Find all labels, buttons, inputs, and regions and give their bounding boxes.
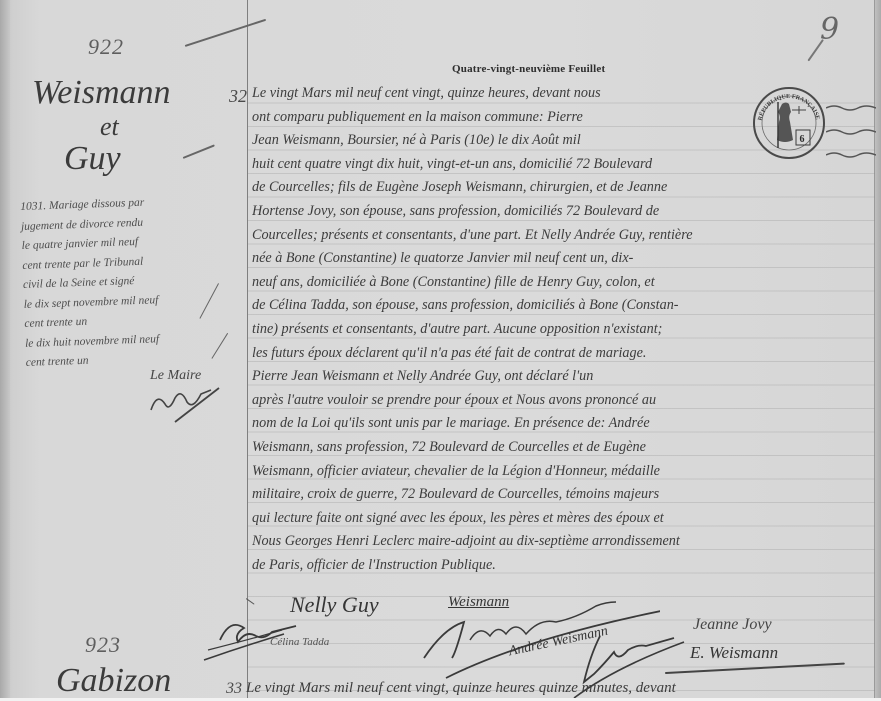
margin-divorce-note: 1031. Mariage dissous par jugement de di… — [20, 190, 251, 373]
entry-number: 922 — [88, 34, 124, 60]
text-line: née à Bone (Constantine) le quatorze Jan… — [252, 247, 852, 271]
text-line: de Courcelles; fils de Eugène Joseph Wei… — [252, 176, 852, 200]
text-line: tine) présents et consentants, d'autre p… — [252, 318, 852, 342]
page-binding-edge — [0, 0, 10, 701]
margin-dash — [185, 19, 266, 47]
corner-mark-stroke — [807, 39, 823, 61]
text-line: qui lecture faite ont signé avec les épo… — [252, 507, 852, 531]
signature-father-groom: E. Weismann — [690, 643, 778, 663]
feuillet-header: Quatre-vingt-neuvième Feuillet — [452, 63, 605, 75]
corner-folio-mark: 9 — [820, 12, 839, 47]
next-act-text: Le vingt Mars mil neuf cent vingt, quinz… — [246, 680, 676, 697]
entry-number-next: 923 — [85, 632, 121, 658]
text-line: Hortense Jovy, son épouse, sans professi… — [252, 200, 852, 224]
text-line: Le vingt Mars mil neuf cent vingt, quinz… — [252, 82, 852, 106]
margin-note-signature — [145, 380, 225, 425]
text-line: de Paris, officier de l'Instruction Publ… — [252, 554, 852, 578]
text-line: Courcelles; présents et consentants, d'u… — [252, 224, 852, 248]
text-line: Pierre Jean Weismann et Nelly Andrée Guy… — [252, 365, 852, 389]
text-line: Nous Georges Henri Leclerc maire-adjoint… — [252, 530, 852, 554]
entry-name-groom: Weismann — [32, 74, 171, 112]
signature-mother-groom: Jeanne Jovy — [693, 616, 772, 634]
margin-dash — [183, 144, 215, 159]
signature-father-bride — [200, 610, 310, 665]
text-line: neuf ans, domiciliée à Bone (Constantine… — [252, 271, 852, 295]
text-line: Weismann, sans profession, 72 Boulevard … — [252, 436, 852, 460]
act-number-next: 33 — [226, 680, 242, 698]
text-line: Weismann, officier aviateur, chevalier d… — [252, 460, 852, 484]
marriage-act-text: Le vingt Mars mil neuf cent vingt, quinz… — [252, 82, 852, 577]
text-line: nom de la Loi qu'ils sont unis par le ma… — [252, 412, 852, 436]
text-line: huit cent quatre vingt dix huit, vingt-e… — [252, 153, 852, 177]
entry-name-bride: Guy — [64, 140, 121, 178]
act-number: 32 — [229, 86, 247, 107]
register-page: 9 Quatre-vingt-neuvième Feuillet 922 Wei… — [0, 0, 881, 701]
entry-name-conjunction: et — [100, 112, 119, 142]
text-line: après l'autre vouloir se prendre pour ép… — [252, 389, 852, 413]
text-line: militaire, croix de guerre, 72 Boulevard… — [252, 483, 852, 507]
entry-name-next: Gabizon — [56, 662, 171, 700]
text-line: les futurs époux déclarent qu'il n'a pas… — [252, 342, 852, 366]
text-line: ont comparu publiquement en la maison co… — [252, 106, 852, 130]
text-line: de Célina Tadda, son épouse, sans profes… — [252, 294, 852, 318]
text-line: Jean Weismann, Boursier, né à Paris (10e… — [252, 129, 852, 153]
